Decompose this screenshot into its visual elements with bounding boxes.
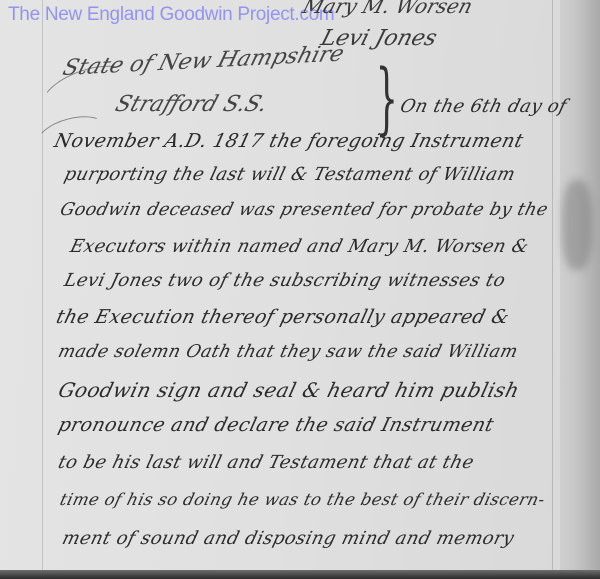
- water-stain: [562, 180, 592, 270]
- body-line-6: Levi Jones two of the subscribing witnes…: [62, 270, 508, 291]
- body-line-3: purporting the last will & Testament of …: [62, 164, 518, 185]
- body-line-9: Goodwin sign and seal & heard him publis…: [56, 378, 522, 402]
- bracket-glyph: }: [376, 60, 398, 138]
- body-line-13: ment of sound and disposing mind and mem…: [60, 528, 516, 549]
- body-line-1: On the 6th day of: [398, 96, 569, 117]
- site-watermark: The New England Goodwin Project.com: [8, 4, 334, 26]
- page-edge: [560, 0, 600, 579]
- body-line-7: the Execution thereof personally appeare…: [54, 306, 512, 328]
- signature-mary-worsen: Mary M. Worsen: [300, 0, 475, 18]
- left-margin-rule: [42, 0, 43, 572]
- body-line-11: to be his last will and Testament that a…: [56, 452, 476, 473]
- heading-county: Strafford S.S.: [112, 92, 271, 117]
- body-line-10: pronounce and declare the said Instrumen…: [56, 414, 496, 436]
- body-line-8: made solemn Oath that they saw the said …: [56, 342, 520, 362]
- body-line-5: Executors within named and Mary M. Worse…: [68, 236, 531, 257]
- right-margin-rule: [552, 0, 553, 572]
- body-line-4: Goodwin deceased was presented for proba…: [58, 200, 550, 220]
- bottom-shadow: [0, 570, 600, 579]
- body-line-12: time of his so doing he was to the best …: [58, 490, 547, 509]
- body-line-2: November A.D. 1817 the foregoing Instrum…: [52, 130, 526, 152]
